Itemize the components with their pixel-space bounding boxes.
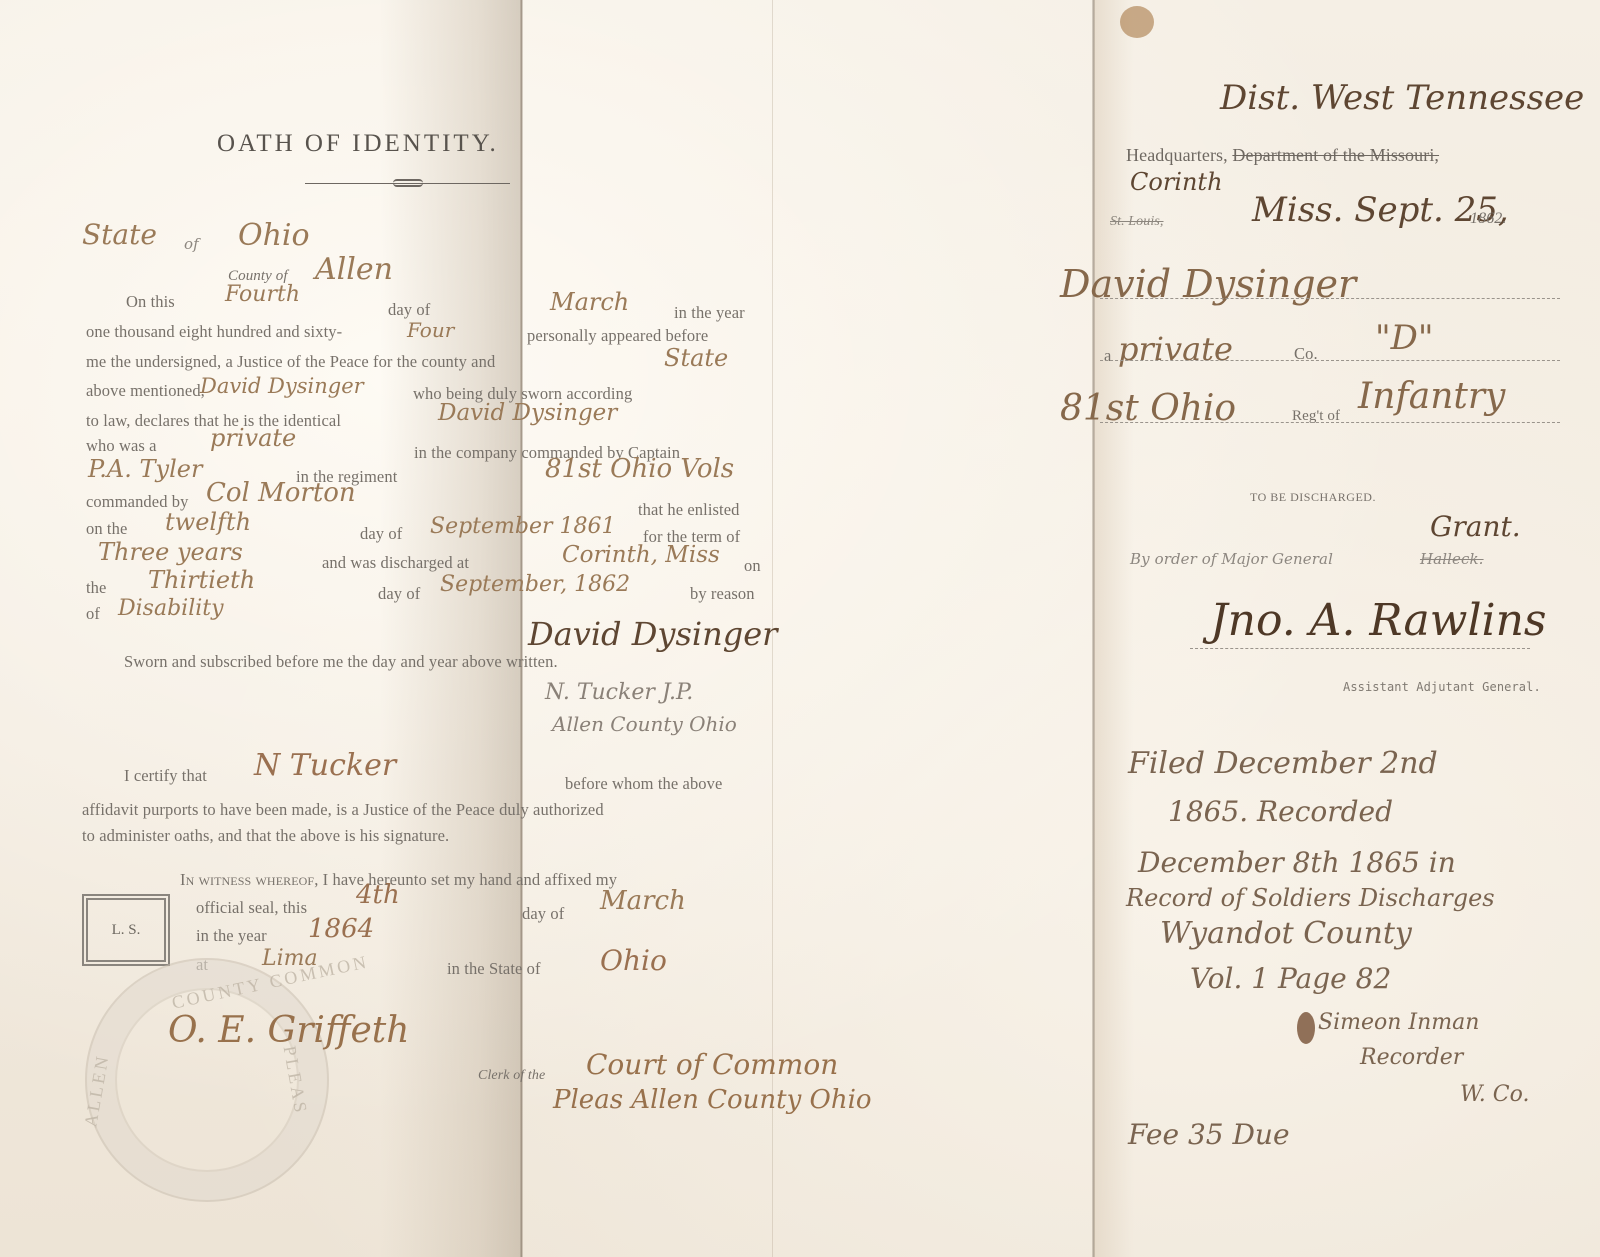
state-of-label: of (184, 235, 199, 253)
document-sheet: OATH OF IDENTITY. State of Ohio County o… (0, 0, 1600, 1257)
enlist-day: twelfth (165, 508, 251, 536)
jp-location: Allen County Ohio (552, 712, 737, 736)
filing-line: Record of Soldiers Discharges (1126, 884, 1495, 912)
discharge-heading: TO BE DISCHARGED. (1250, 490, 1376, 505)
company-label: Co. (1294, 344, 1318, 364)
adjutant-signature: Jno. A. Rawlins (1210, 595, 1547, 646)
filing-line: Wyandot County (1160, 916, 1412, 951)
oath-text: personally appeared before (527, 326, 708, 346)
jp-name: N Tucker (254, 748, 396, 783)
seal-month: March (600, 886, 686, 916)
adjutant-title: Assistant Adjutant General. (1343, 680, 1541, 694)
affiant-name: David Dysinger (200, 374, 364, 398)
oath-text: On this (126, 292, 175, 312)
state-label: State (82, 218, 157, 251)
certificate-text: in the State of (447, 959, 541, 979)
colonel-name: Col Morton (206, 478, 356, 508)
certificate-text: before whom the above (565, 774, 722, 794)
seal-state: Ohio (600, 944, 667, 977)
certificate-text: in the year (196, 926, 267, 946)
oath-text: above mentioned, (86, 381, 205, 401)
certificate-text: affidavit purports to have been made, is… (82, 800, 604, 820)
certificate-text: I certify that (124, 766, 207, 786)
hq-struck-text: Department of the Missouri, (1232, 145, 1439, 165)
clerk-title-label: Clerk of the (478, 1068, 545, 1084)
oath-text: who was a (86, 436, 157, 456)
certificate-text: official seal, this (196, 898, 307, 918)
year-value: Four (407, 318, 454, 342)
place-struck-text: St. Louis, (1110, 214, 1164, 230)
filing-line: Filed December 2nd (1128, 746, 1438, 781)
certificate-text: day of (522, 904, 564, 924)
seal-placeholder-box: L. S. (82, 894, 170, 966)
captain-name: P.A. Tyler (88, 455, 202, 483)
form-line (1190, 648, 1530, 649)
discharge-day: Thirtieth (148, 566, 255, 594)
rank-value: private (210, 424, 296, 452)
seal-day: 4th (356, 880, 400, 910)
page-title: OATH OF IDENTITY. (217, 130, 499, 158)
year-printed: 1862. (1470, 210, 1507, 228)
clerk-signature: O. E. Griffeth (168, 1010, 409, 1051)
filing-line: 1865. Recorded (1168, 795, 1393, 828)
oath-text: of (86, 604, 100, 624)
soldier-name: David Dysinger (1060, 262, 1356, 306)
discharge-date: September, 1862 (440, 572, 630, 597)
recorder-county: W. Co. (1460, 1082, 1529, 1107)
ink-stain (1297, 1012, 1315, 1044)
state-value: Ohio (238, 218, 310, 253)
ls-label: L. S. (112, 922, 141, 939)
affiant-name: David Dysinger (438, 400, 617, 426)
fee-note: Fee 35 Due (1128, 1118, 1290, 1151)
hq-label: Headquarters, (1126, 145, 1228, 165)
filing-line: December 8th 1865 in (1138, 846, 1456, 879)
seal-year: 1864 (308, 914, 374, 944)
oath-text: that he enlisted (638, 500, 740, 520)
discharge-place: Corinth, Miss (562, 542, 720, 568)
form-line (1100, 298, 1560, 299)
form-line (1100, 422, 1560, 423)
oath-text: one thousand eight hundred and sixty- (86, 322, 342, 342)
ornament-icon (393, 179, 423, 187)
ink-stain (1120, 6, 1154, 38)
by-order-text: By order of Major General (1130, 550, 1333, 568)
oath-text: in the year (674, 303, 745, 323)
oath-text: on (744, 556, 761, 576)
day-value: Fourth (225, 282, 300, 307)
term-value: Three years (98, 538, 243, 566)
oath-text: on the (86, 519, 127, 539)
month-value: March (550, 288, 629, 316)
filing-line: Vol. 1 Page 82 (1190, 962, 1391, 995)
regiment-value: 81st Ohio Vols (545, 454, 734, 484)
discharge-reason: Disability (118, 596, 224, 621)
recorder-signature: Simeon Inman (1318, 1010, 1479, 1035)
state-value-2: State (664, 344, 728, 372)
rank-prefix: a (1104, 346, 1111, 366)
oath-text: by reason (690, 584, 755, 604)
oath-text: the (86, 578, 106, 598)
jp-signature: N. Tucker J.P. (545, 680, 693, 705)
affiant-signature: David Dysinger (528, 615, 777, 653)
company-value: "D" (1375, 318, 1434, 358)
fold-line-right (1092, 0, 1095, 1257)
clerk-county: Pleas Allen County Ohio (553, 1085, 872, 1115)
witness-heading: In witness whereof, (180, 870, 318, 889)
clerk-court: Court of Common (586, 1048, 838, 1081)
general-struck-text: Halleck. (1420, 550, 1484, 568)
rank-value: private (1118, 330, 1233, 368)
recorder-title: Recorder (1360, 1045, 1463, 1070)
oath-text: day of (388, 300, 430, 320)
form-line (1100, 360, 1560, 361)
district-heading: Dist. West Tennessee (1220, 78, 1584, 118)
county-value: Allen (315, 252, 393, 287)
sworn-statement: Sworn and subscribed before me the day a… (124, 652, 558, 672)
oath-text: and was discharged at (322, 553, 469, 573)
place-value: Corinth (1130, 168, 1223, 196)
branch-value: Infantry (1358, 376, 1505, 417)
certificate-text: to administer oaths, and that the above … (82, 826, 449, 846)
oath-text: me the undersigned, a Justice of the Pea… (86, 352, 495, 372)
enlist-date: September 1861 (430, 514, 616, 539)
oath-text: day of (378, 584, 420, 604)
general-name: Grant. (1430, 510, 1521, 543)
oath-text: day of (360, 524, 402, 544)
